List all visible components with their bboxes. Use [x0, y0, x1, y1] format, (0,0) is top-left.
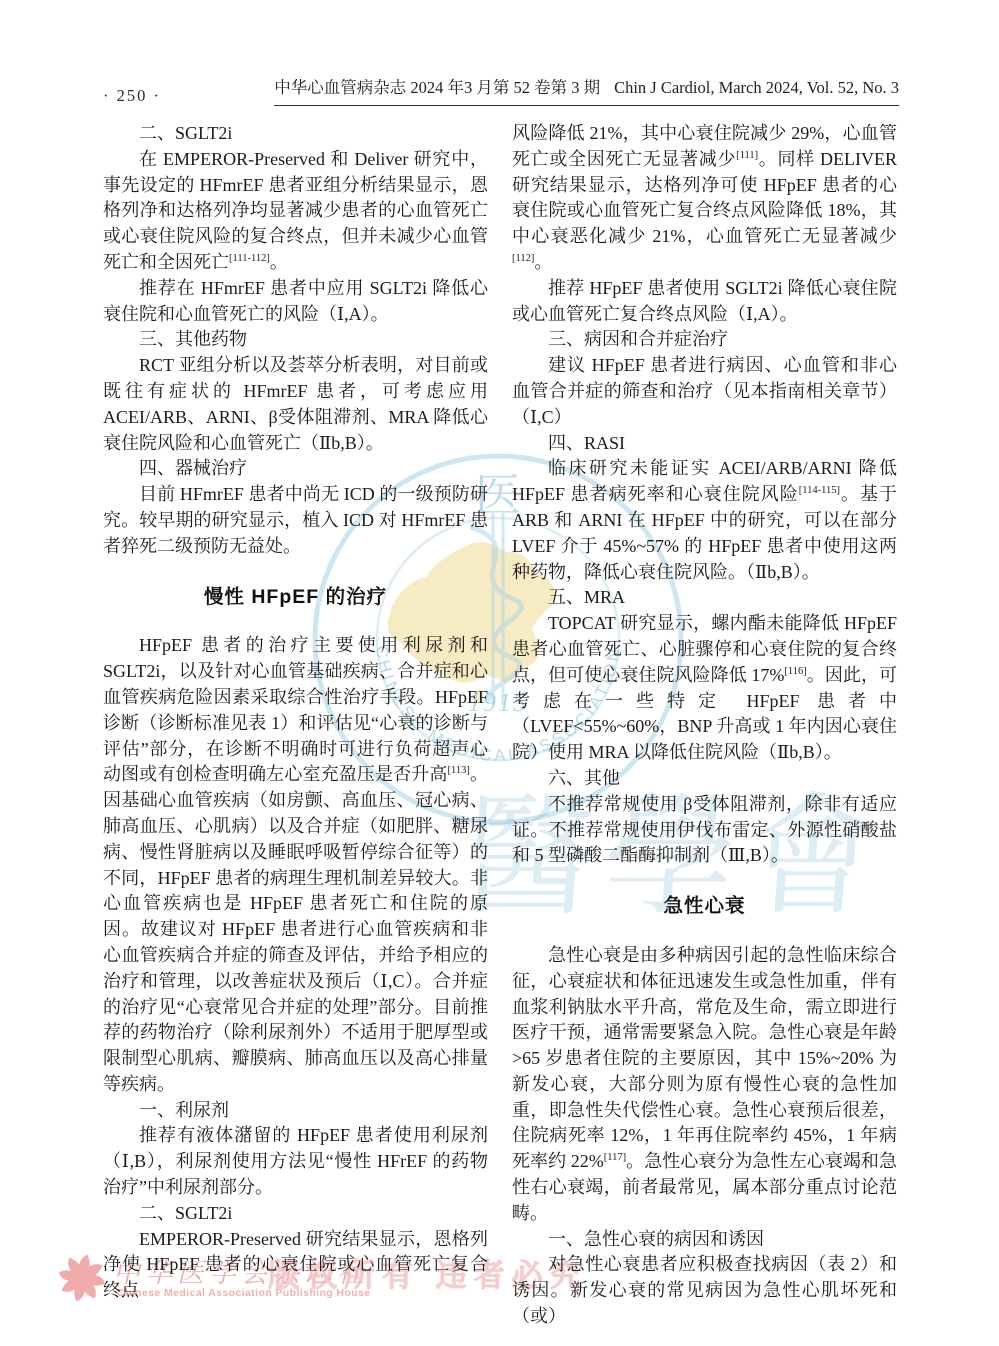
subsection-title: 一、利尿剂	[103, 1098, 488, 1124]
reference-marker: [117]	[604, 1152, 626, 1163]
subsection-title: 三、病因和合并症治疗	[512, 327, 897, 353]
subsection-title: 二、SGLT2i	[103, 1201, 488, 1227]
article-body: 二、SGLT2i在 EMPEROR-Preserved 和 Deliver 研究…	[103, 121, 897, 1330]
left-column: 二、SGLT2i在 EMPEROR-Preserved 和 Deliver 研究…	[103, 121, 488, 1330]
section-heading: 慢性 HFpEF 的治疗	[103, 585, 488, 611]
paragraph: 不推荐常规使用 β受体阻滞剂，除非有适应证。不推荐常规使用伊伐布雷定、外源性硝酸…	[512, 792, 897, 869]
paragraph: 临床研究未能证实 ACEI/ARB/ARNI 降低 HFpEF 患者病死率和心衰…	[512, 456, 897, 585]
paragraph: EMPEROR-Preserved 研究结果显示，恩格列净使 HFpEF 患者的…	[103, 1227, 488, 1304]
publisher-flower-icon	[55, 1251, 109, 1305]
paragraph: 推荐在 HFmrEF 患者中应用 SGLT2i 降低心衰住院和心血管死亡的风险（…	[103, 276, 488, 328]
journal-reference: 中华心血管病杂志 2024 年3 月第 52 卷第 3 期Chin J Card…	[274, 74, 899, 106]
reference-marker: [113]	[448, 765, 470, 776]
subsection-title: 二、SGLT2i	[103, 121, 488, 147]
paragraph: 在 EMPEROR-Preserved 和 Deliver 研究中，事先设定的 …	[103, 147, 488, 276]
subsection-title: 一、急性心衰的病因和诱因	[512, 1227, 897, 1253]
paragraph-continuation: 风险降低 21%，其中心衰住院减少 29%，心血管死亡或全因死亡无显著减少[11…	[512, 121, 897, 276]
subsection-title: 三、其他药物	[103, 327, 488, 353]
reference-marker: [112]	[512, 253, 534, 264]
journal-title-en: Chin J Cardiol, March 2024, Vol. 52, No.…	[614, 78, 899, 97]
page-header: · 250 · 中华心血管病杂志 2024 年3 月第 52 卷第 3 期Chi…	[103, 74, 899, 106]
paragraph: 推荐 HFpEF 患者使用 SGLT2i 降低心衰住院或心血管死亡复合终点风险（…	[512, 276, 897, 328]
subsection-title: 四、器械治疗	[103, 456, 488, 482]
paragraph: TOPCAT 研究显示，螺内酯未能降低 HFpEF 患者心血管死亡、心脏骤停和心…	[512, 611, 897, 766]
right-column: 风险降低 21%，其中心衰住院减少 29%，心血管死亡或全因死亡无显著减少[11…	[512, 121, 897, 1330]
paragraph: 对急性心衰患者应积极查找病因（表 2）和诱因。新发心衰的常见病因为急性心肌坏死和…	[512, 1252, 897, 1329]
page-number: · 250 ·	[103, 86, 161, 106]
subsection-title: 六、其他	[512, 766, 897, 792]
paragraph: RCT 亚组分析以及荟萃分析表明，对目前或既往有症状的 HFmrEF 患者，可考…	[103, 353, 488, 456]
paragraph: HFpEF 患者的治疗主要使用利尿剂和 SGLT2i，以及针对心血管基础疾病、合…	[103, 633, 488, 1097]
reference-marker: [111]	[736, 150, 758, 161]
section-heading: 急性心衰	[512, 894, 897, 920]
paragraph: 推荐有液体潴留的 HFpEF 患者使用利尿剂（Ⅰ,B），利尿剂使用方法见“慢性 …	[103, 1123, 488, 1200]
paragraph: 急性心衰是由多种病因引起的急性临床综合征，心衰症状和体征迅速发生或急性加重，伴有…	[512, 943, 897, 1227]
reference-marker: [116]	[784, 666, 806, 677]
subsection-title: 四、RASI	[512, 431, 897, 457]
reference-marker: [114-115]	[799, 485, 840, 496]
subsection-title: 五、MRA	[512, 585, 897, 611]
paragraph: 目前 HFmrEF 患者中尚无 ICD 的一级预防研究。较早期的研究显示，植入 …	[103, 482, 488, 559]
paragraph: 建议 HFpEF 患者进行病因、心血管和非心血管合并症的筛查和治疗（见本指南相关…	[512, 353, 897, 430]
journal-title-cn: 中华心血管病杂志 2024 年3 月第 52 卷第 3 期	[274, 78, 600, 97]
reference-marker: [111-112]	[229, 253, 270, 264]
